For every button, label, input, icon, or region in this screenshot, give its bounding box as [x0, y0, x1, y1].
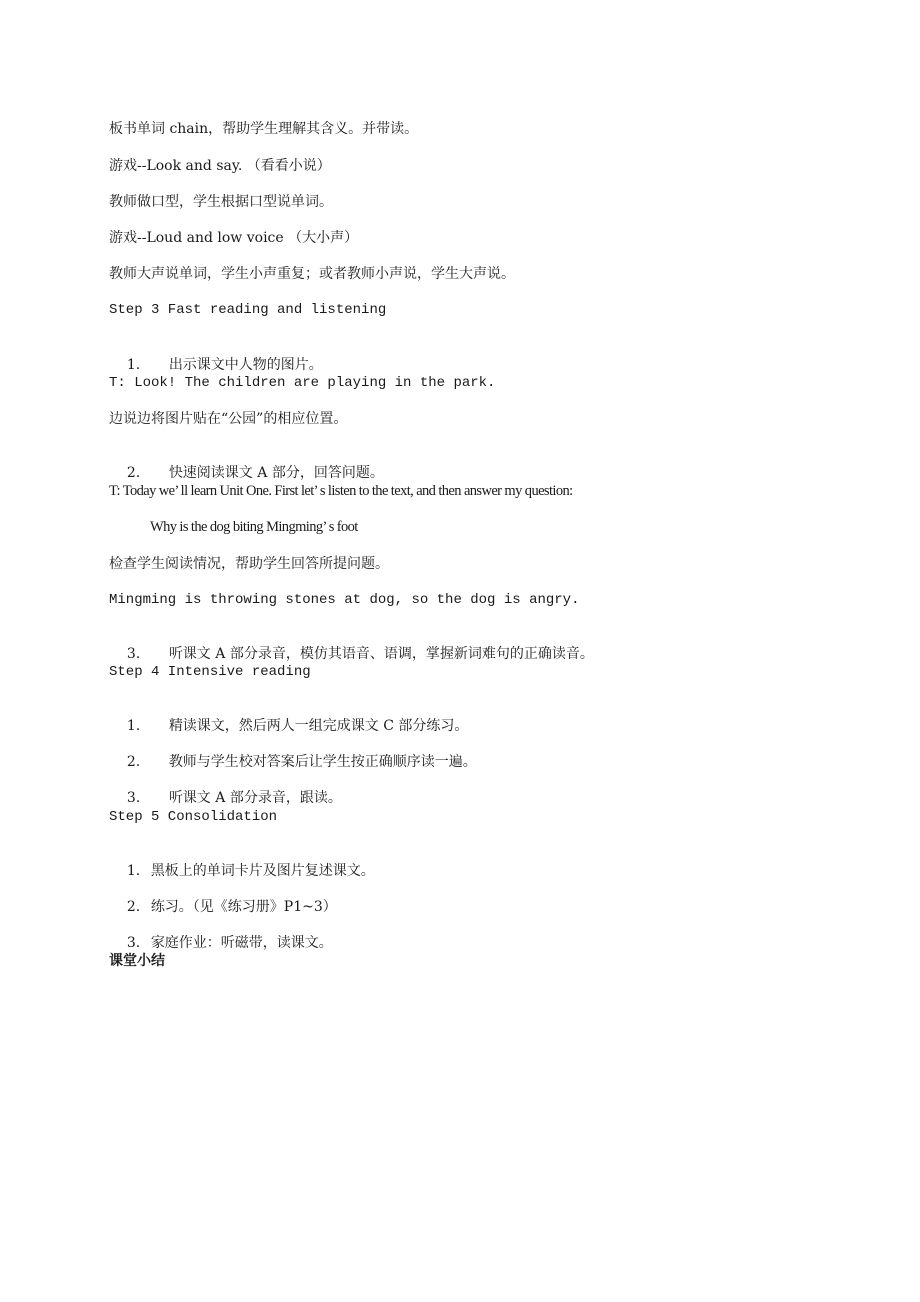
paragraph-check-reading: 检查学生阅读情况，帮助学生回答所提问题。 [109, 555, 389, 573]
list-number: 3. [127, 934, 151, 952]
list-number: 1. [127, 356, 169, 374]
heading-class-summary: 课堂小结 [109, 952, 165, 970]
heading-step-3: Step 3 Fast reading and listening [109, 301, 386, 319]
list-text: 教师与学生校对答案后让学生按正确顺序读一遍。 [169, 754, 477, 770]
list-number: 1. [127, 717, 169, 735]
list-number: 3. [127, 789, 169, 807]
list-text: 黑板上的单词卡片及图片复述课文。 [151, 863, 375, 879]
paragraph-teacher-look: T: Look! The children are playing in the… [109, 374, 495, 392]
heading-step-4: Step 4 Intensive reading [109, 663, 311, 681]
list-number: 2. [127, 464, 169, 482]
list-text: 练习。（见《练习册》P1~3） [151, 899, 337, 915]
list-text: 快速阅读课文 A 部分，回答问题。 [169, 465, 384, 481]
paragraph-question: Why is the dog biting Mingming’ s foot [150, 518, 358, 536]
paragraph-game-look-and-say: 游戏--Look and say. （看看小说） [109, 157, 331, 175]
list-number: 2. [127, 753, 169, 771]
list-text: 听课文 A 部分录音，跟读。 [169, 790, 342, 806]
list-text: 家庭作业：听磁带，读课文。 [151, 935, 333, 951]
paragraph-write-word: 板书单词 chain，帮助学生理解其含义。并带读。 [109, 120, 418, 138]
list-text: 听课文 A 部分录音，模仿其语音、语调，掌握新词难句的正确读音。 [169, 646, 594, 662]
list-number: 3. [127, 645, 169, 663]
list-text: 出示课文中人物的图片。 [169, 357, 323, 373]
paragraph-stick-pictures: 边说边将图片贴在“公园”的相应位置。 [109, 410, 347, 428]
paragraph-game-loud-low-voice: 游戏--Loud and low voice （大小声） [109, 229, 358, 247]
document-page: 板书单词 chain，帮助学生理解其含义。并带读。 游戏--Look and s… [0, 0, 920, 1302]
heading-step-5: Step 5 Consolidation [109, 808, 277, 826]
paragraph-teacher-loud-quiet: 教师大声说单词，学生小声重复；或者教师小声说，学生大声说。 [109, 265, 515, 283]
paragraph-teacher-today: T: Today we’ ll learn Unit One. First le… [109, 482, 573, 500]
paragraph-teacher-mouth-shape: 教师做口型，学生根据口型说单词。 [109, 193, 333, 211]
list-number: 2. [127, 898, 151, 916]
list-number: 1. [127, 862, 151, 880]
paragraph-answer: Mingming is throwing stones at dog, so t… [109, 591, 579, 609]
list-text: 精读课文，然后两人一组完成课文 C 部分练习。 [169, 718, 469, 734]
